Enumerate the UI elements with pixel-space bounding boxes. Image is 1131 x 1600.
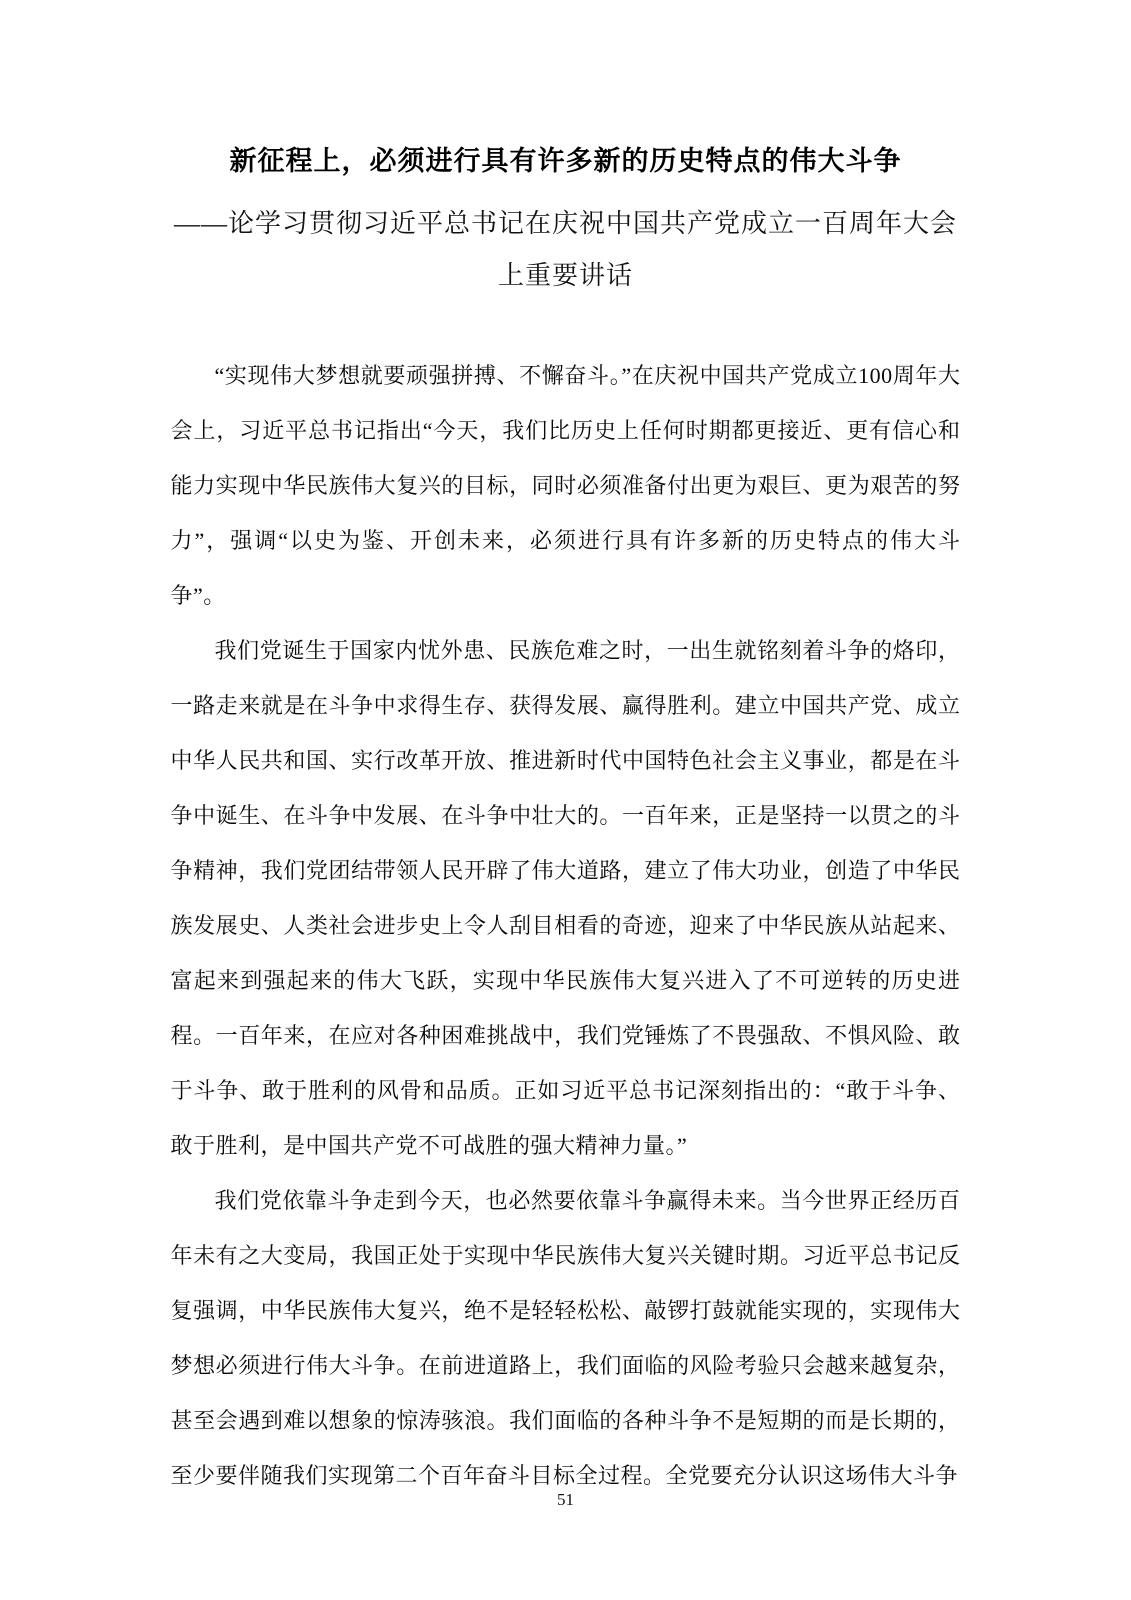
document-content: 新征程上，必须进行具有许多新的历史特点的伟大斗争 ——论学习贯彻习近平总书记在庆… <box>171 0 961 1503</box>
paragraph-3: 我们党依靠斗争走到今天，也必然要依靠斗争赢得未来。当今世界正经历百年未有之大变局… <box>171 1173 961 1503</box>
subtitle-line-1: ——论学习贯彻习近平总书记在庆祝中国共产党成立一百周年大会 <box>171 198 961 250</box>
page-title: 新征程上，必须进行具有许多新的历史特点的伟大斗争 <box>171 138 961 184</box>
document-page: 新征程上，必须进行具有许多新的历史特点的伟大斗争 ——论学习贯彻习近平总书记在庆… <box>0 0 1131 1600</box>
page-number: 51 <box>0 1490 1131 1510</box>
article-subtitle: ——论学习贯彻习近平总书记在庆祝中国共产党成立一百周年大会 上重要讲话 <box>171 198 961 302</box>
subtitle-line-2: 上重要讲话 <box>171 250 961 302</box>
article-body: “实现伟大梦想就要顽强拼搏、不懈奋斗。”在庆祝中国共产党成立100周年大会上，习… <box>171 348 961 1503</box>
paragraph-1: “实现伟大梦想就要顽强拼搏、不懈奋斗。”在庆祝中国共产党成立100周年大会上，习… <box>171 348 961 623</box>
paragraph-2: 我们党诞生于国家内忧外患、民族危难之时，一出生就铭刻着斗争的烙印，一路走来就是在… <box>171 623 961 1173</box>
